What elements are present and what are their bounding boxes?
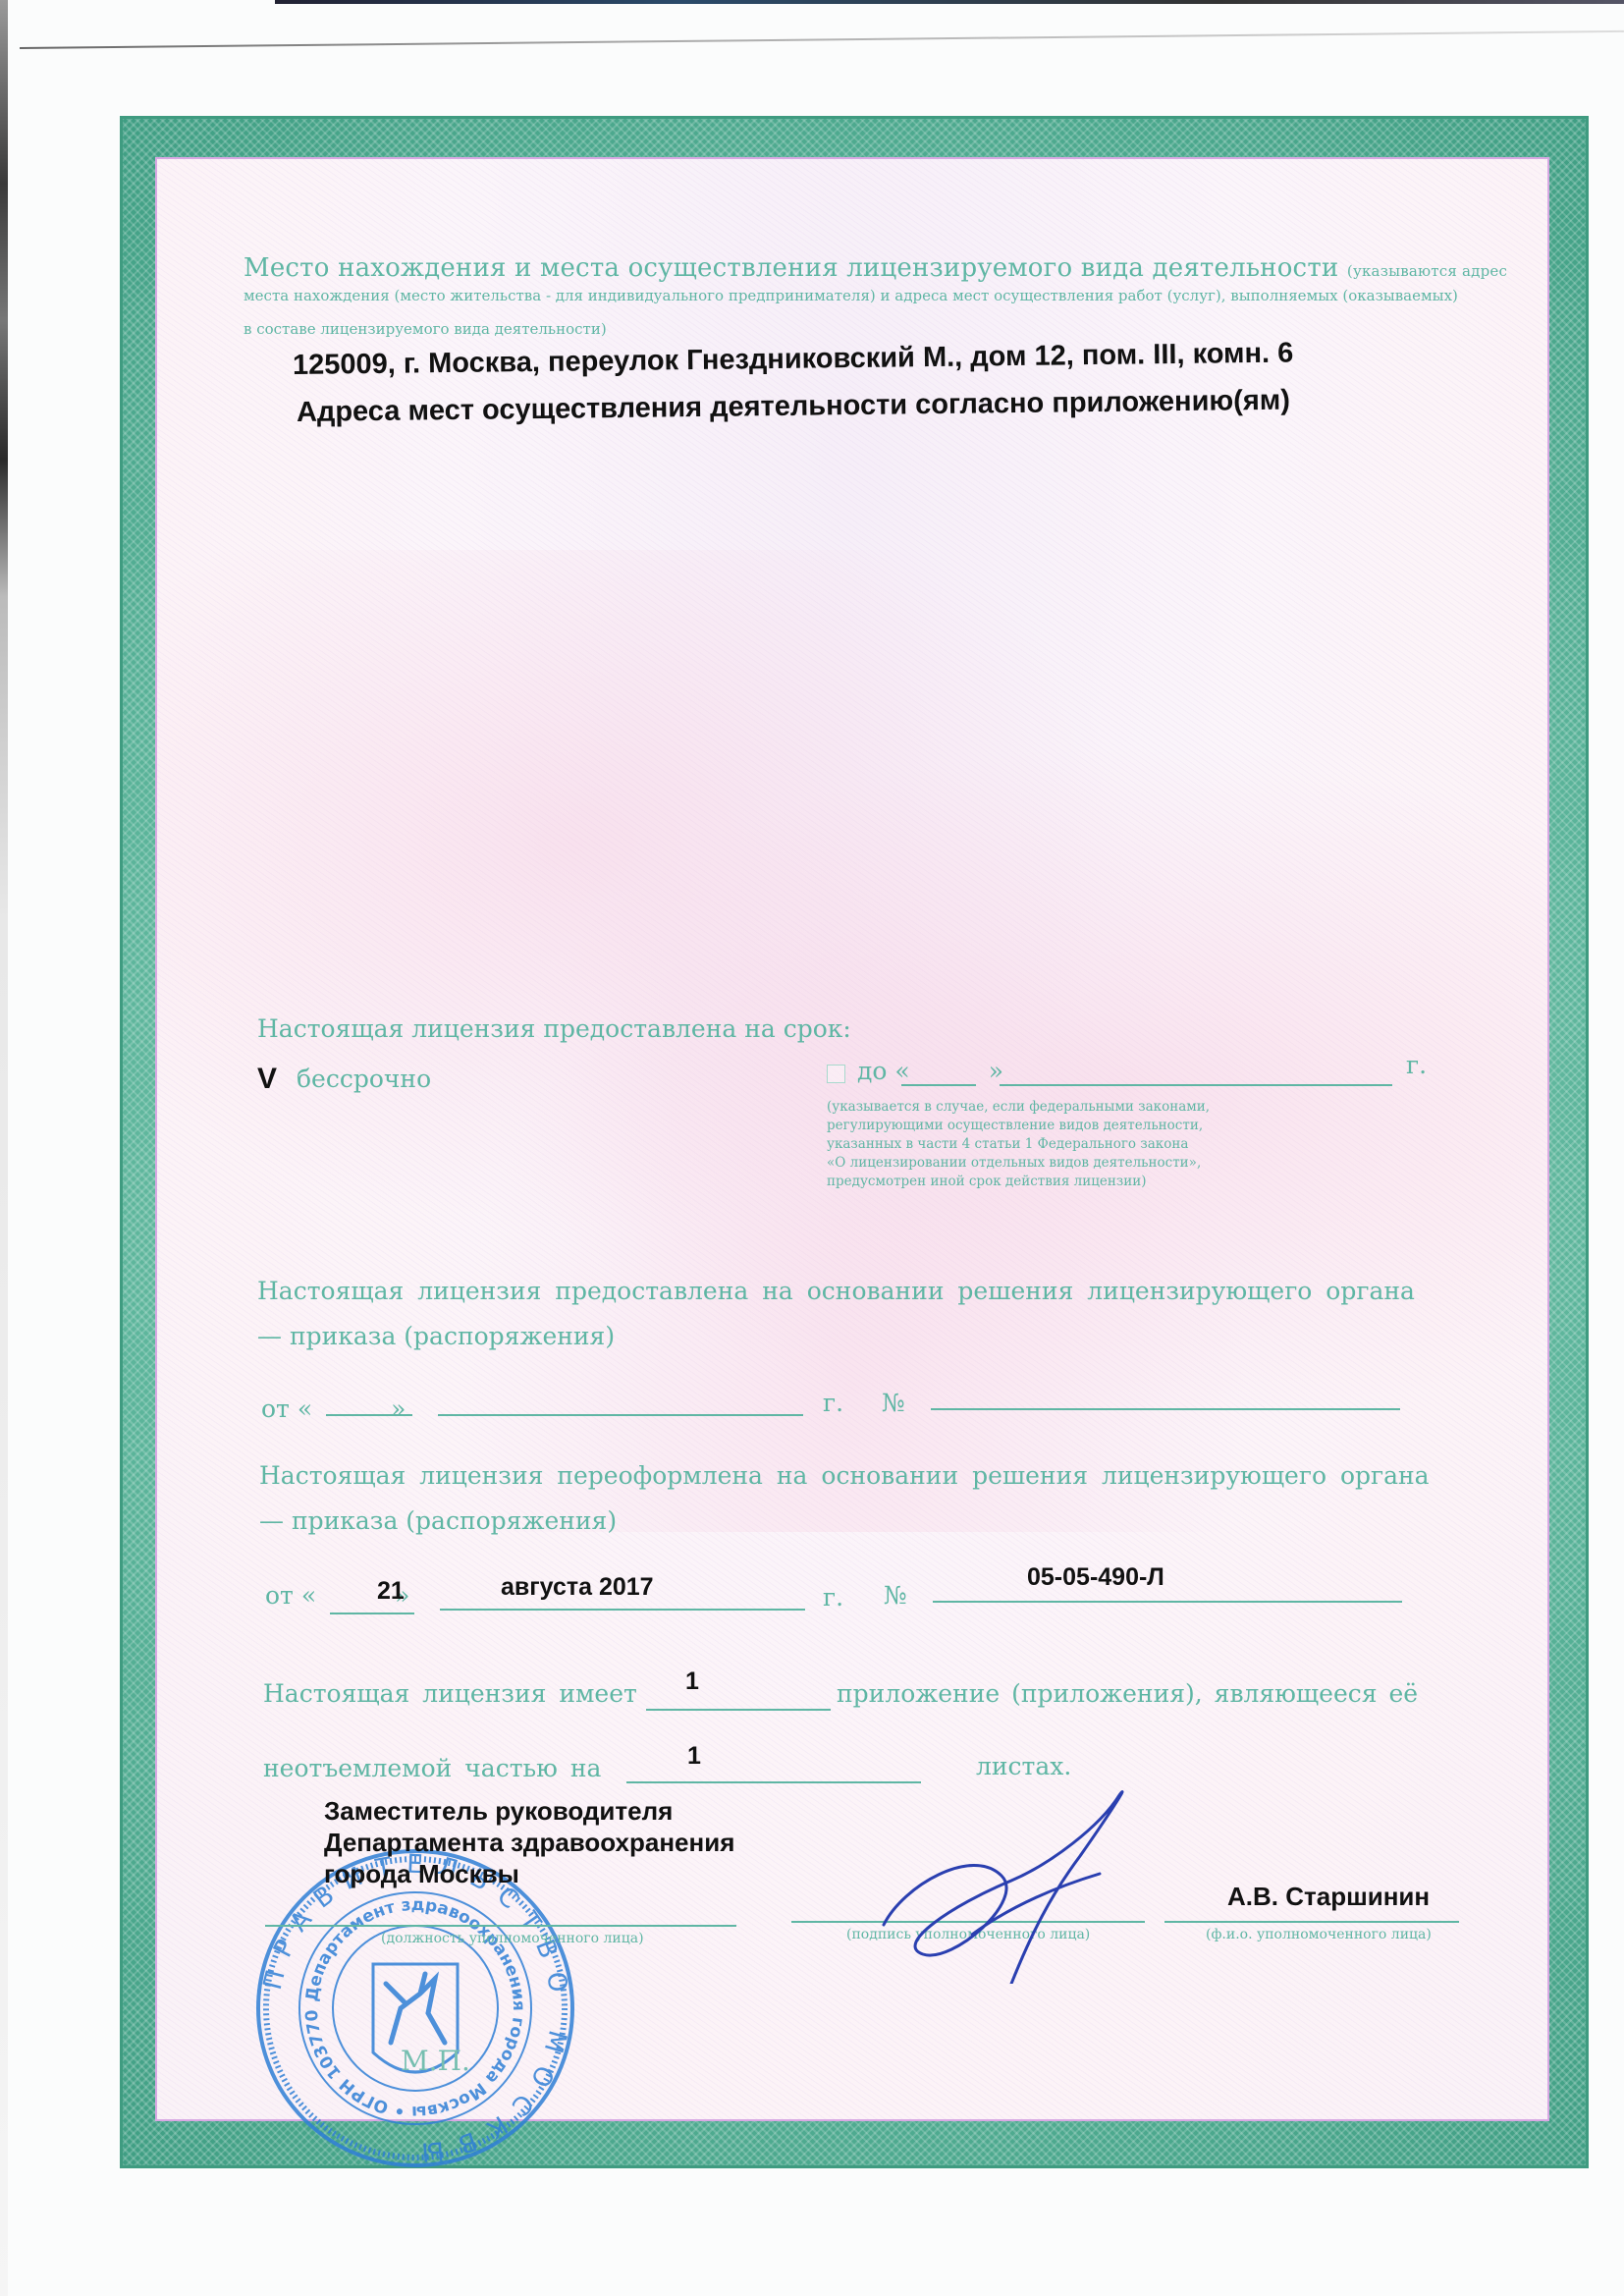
unlimited-label: бессрочно bbox=[297, 1065, 431, 1093]
signatory-position: Заместитель руководителя Департамента зд… bbox=[324, 1795, 776, 1889]
granted-day-field[interactable] bbox=[326, 1414, 412, 1416]
footnote-line: «О лицензировании отдельных видов деятел… bbox=[827, 1154, 1210, 1173]
location-heading-note-line3: в составе лицензируемого вида деятельнос… bbox=[244, 320, 607, 338]
appendix-count-field[interactable] bbox=[646, 1709, 831, 1711]
reissued-year-suffix: г. bbox=[823, 1583, 843, 1612]
appendix-count-value: 1 bbox=[685, 1667, 699, 1696]
appendix-suffix: приложение (приложения), являющееся её bbox=[837, 1679, 1418, 1708]
reissued-day-field[interactable] bbox=[330, 1613, 414, 1614]
reissued-from-prefix: от « bbox=[265, 1581, 316, 1610]
scanner-edge-top bbox=[275, 0, 1624, 4]
reissued-number-field[interactable] bbox=[933, 1601, 1402, 1603]
appendix-line1: Настоящая лицензия имеет bbox=[263, 1679, 637, 1708]
reissued-date-field[interactable] bbox=[440, 1609, 805, 1611]
granted-order-row: от «» bbox=[261, 1394, 406, 1423]
name-line bbox=[1164, 1921, 1459, 1923]
until-checkbox[interactable] bbox=[827, 1065, 845, 1083]
granted-number-field[interactable] bbox=[931, 1408, 1400, 1410]
unlimited-checkbox[interactable]: V bbox=[257, 1063, 277, 1096]
name-label: (ф.и.о. уполномоченного лица) bbox=[1206, 1927, 1432, 1942]
until-day-field[interactable] bbox=[901, 1084, 976, 1086]
granted-year-suffix: г. bbox=[823, 1389, 843, 1417]
scanner-edge bbox=[0, 0, 8, 2296]
appendix-prefix: Настоящая лицензия имеет bbox=[263, 1679, 637, 1708]
until-year-suffix: г. bbox=[1406, 1051, 1427, 1079]
appendix-line2: неотъемлемой частью на bbox=[263, 1754, 601, 1782]
location-heading-title: Место нахождения и места осуществления л… bbox=[244, 253, 1338, 283]
location-heading: Место нахождения и места осуществления л… bbox=[244, 253, 1507, 283]
until-mid: » bbox=[989, 1057, 1003, 1085]
until-prefix: до « bbox=[857, 1057, 910, 1085]
footnote-line: указанных в части 4 статьи 1 Федеральног… bbox=[827, 1135, 1210, 1154]
reissued-day-value: 21 bbox=[377, 1577, 405, 1606]
appendix-sheets-suffix: листах. bbox=[976, 1752, 1071, 1780]
granted-from-mid: » bbox=[391, 1394, 406, 1423]
granted-date-field[interactable] bbox=[438, 1414, 803, 1416]
footnote-line: (указывается в случае, если федеральными… bbox=[827, 1098, 1210, 1117]
term-title: Настоящая лицензия предоставлена на срок… bbox=[257, 1014, 851, 1043]
signature-icon bbox=[864, 1787, 1159, 1984]
granted-from-prefix: от « bbox=[261, 1394, 312, 1423]
paper-edge bbox=[20, 30, 1624, 49]
granted-line2: — приказа (распоряжения) bbox=[257, 1322, 615, 1350]
until-date-field[interactable] bbox=[1000, 1084, 1392, 1086]
until-label: до «» bbox=[857, 1057, 1003, 1085]
reissued-line1: Настоящая лицензия переоформлена на осно… bbox=[259, 1461, 1430, 1490]
appendix-sheets-value: 1 bbox=[687, 1742, 701, 1771]
location-heading-note-line2: места нахождения (место жительства - для… bbox=[244, 287, 1458, 304]
footnote-line: предусмотрен иной срок действия лицензии… bbox=[827, 1173, 1210, 1191]
position-line bbox=[265, 1925, 736, 1927]
position-label: (должность уполномоченного лица) bbox=[381, 1931, 644, 1946]
mp-label: М.П. bbox=[401, 2045, 470, 2077]
reissued-line2: — приказа (распоряжения) bbox=[259, 1506, 617, 1535]
reissued-number-value: 05-05-490-Л bbox=[1027, 1563, 1164, 1592]
reissued-month-year-value: августа 2017 bbox=[501, 1573, 654, 1602]
appendix-sheets-field[interactable] bbox=[626, 1781, 921, 1783]
term-footnote: (указывается в случае, если федеральными… bbox=[827, 1098, 1210, 1191]
granted-line1: Настоящая лицензия предоставлена на осно… bbox=[257, 1277, 1415, 1305]
footnote-line: регулирующими осуществление видов деятел… bbox=[827, 1117, 1210, 1135]
granted-number-sign: № bbox=[882, 1389, 905, 1417]
location-heading-note: (указываются адрес bbox=[1347, 262, 1507, 280]
signatory-name: А.В. Старшинин bbox=[1227, 1882, 1430, 1912]
official-stamp-icon: ПРАВИТЕЛЬСТВО МОСКВЫ Департамент здравоо… bbox=[253, 1846, 577, 2170]
reissued-number-sign: № bbox=[884, 1581, 907, 1610]
